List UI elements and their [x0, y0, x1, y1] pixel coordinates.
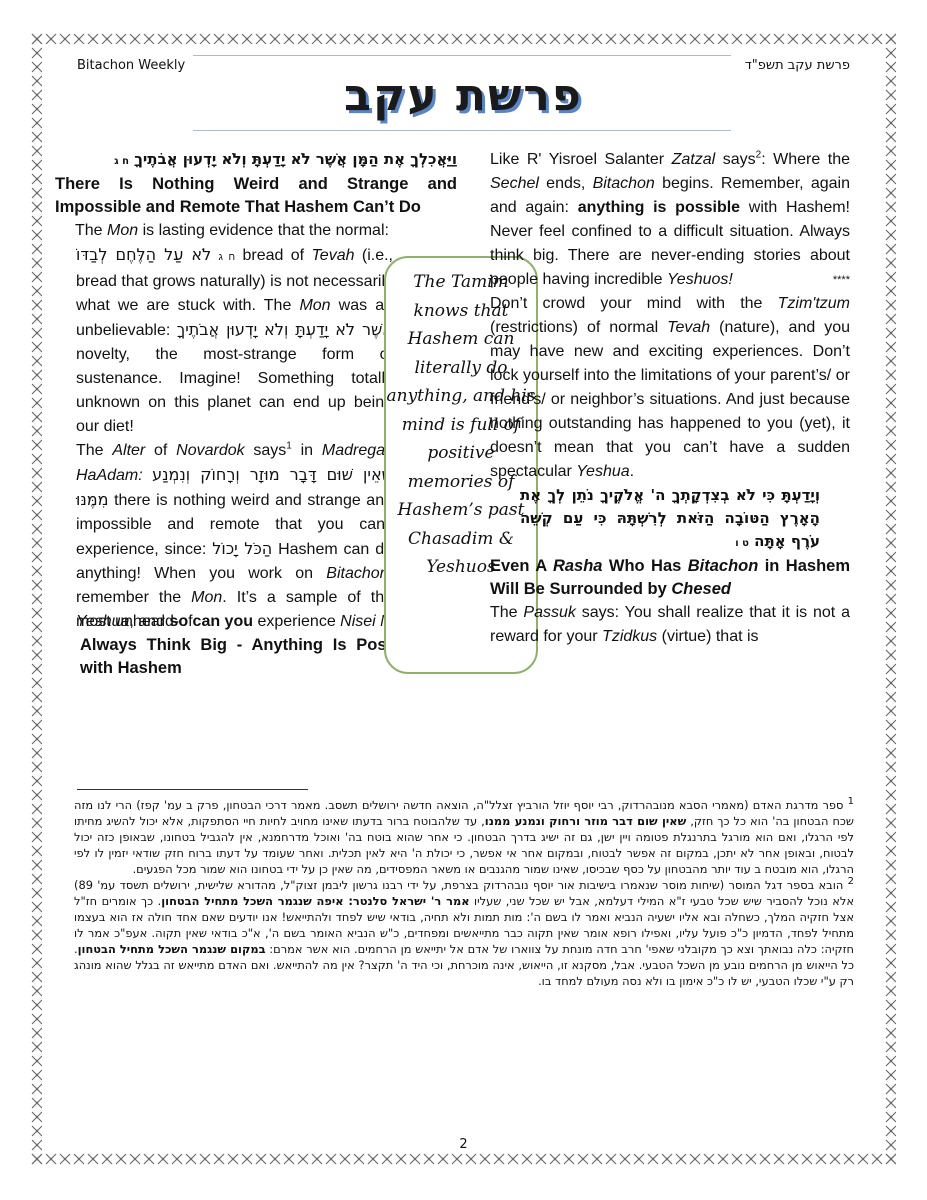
paragraph-mon-intro: The Mon is lasting evidence that the nor… — [55, 219, 457, 243]
title-rule-bottom — [193, 130, 731, 131]
footnote-separator — [77, 789, 308, 790]
section-heading-1: There Is Nothing Weird and Strange and I… — [55, 173, 457, 219]
footnote-2: 2 הובא בספר דגל המוסר (שיחות מוסר שנאמרו… — [74, 877, 854, 989]
footnotes: 1 ספר מדרגת האדם (מאמרי הסבא מנובהרדוק, … — [74, 797, 854, 989]
page-number: 2 — [0, 1137, 927, 1152]
hebrew-inline: לֹא עַל הַלֶּחֶם לְבַדּוֹ — [76, 245, 211, 264]
hebrew-inline: הַכֹּל יָכוֹל — [212, 539, 272, 558]
paragraph-passuk: The Passuk says: You shall realize that … — [490, 601, 850, 649]
left-wrap-block: ח ג לֹא עַל הַלֶּחֶם לְבַדּוֹ bread of T… — [55, 243, 393, 634]
paragraph-salanter: Like R' Yisroel Salanter Zatzal says2: W… — [490, 148, 850, 292]
verse-ref: ט ו — [735, 538, 749, 549]
section-stars: **** — [833, 268, 850, 292]
verse-text: וְיָדַעְתָּ כִּי לֹא בְצִדְקָתְךָ ה' אֱל… — [520, 486, 820, 550]
title-rule-top — [193, 55, 731, 56]
paragraph-alter: The Alter of Novardok says1 in Madregas … — [76, 439, 393, 634]
hebrew-inline: אֲשֶׁר לֹא יָדַעְתָּ וְלֹא יָדְעוּן אֲבֹ… — [177, 320, 393, 339]
verse-text: וַיַּאֲכִלְךָ אֶת הַמָּן אֲשֶׁר לֹא יָדַ… — [134, 150, 457, 168]
paragraph-tzimtzum: Don’t crowd your mind with the Tzim'tzum… — [490, 292, 850, 484]
paragraph-mon: ח ג לֹא עַל הַלֶּחֶם לְבַדּוֹ bread of T… — [76, 243, 393, 439]
page-title: פרשת עקב — [0, 70, 927, 121]
right-column: Like R' Yisroel Salanter Zatzal says2: W… — [490, 148, 850, 649]
verse-header-2: וְיָדַעְתָּ כִּי לֹא בְצִדְקָתְךָ ה' אֱל… — [490, 484, 850, 555]
footnote-1: 1 ספר מדרגת האדם (מאמרי הסבא מנובהרדוק, … — [74, 797, 854, 877]
verse-header: וַיַּאֲכִלְךָ אֶת הַמָּן אֲשֶׁר לֹא יָדַ… — [55, 148, 457, 173]
section-heading-3: Even A Rasha Who Has Bitachon in Hashem … — [490, 555, 850, 601]
verse-ref: ח ג — [114, 156, 129, 167]
